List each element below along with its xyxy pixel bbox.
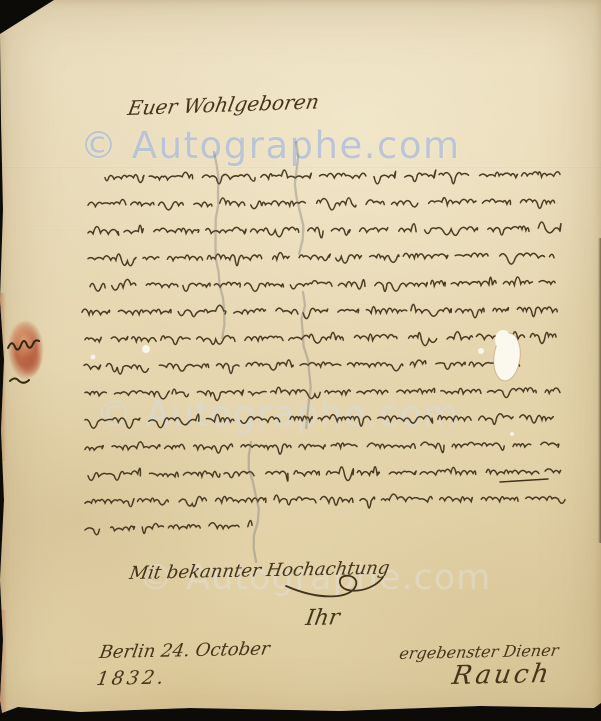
underline-stroke xyxy=(500,479,548,482)
pronoun-ihr: Ihr xyxy=(304,605,341,631)
pencil-squiggle xyxy=(302,292,311,428)
paper-crease xyxy=(0,166,601,168)
wax-seal-remnant xyxy=(8,320,44,380)
closing-line: Mit bekannter Hochachtung xyxy=(128,558,391,584)
handwriting-line xyxy=(88,467,561,481)
handwriting-line xyxy=(88,222,561,238)
pencil-squiggle xyxy=(295,142,304,254)
handwriting-line xyxy=(90,277,555,291)
pencil-squiggle xyxy=(214,152,224,338)
pencil-marks xyxy=(214,142,311,562)
handwriting-line xyxy=(85,387,560,400)
handwriting-body xyxy=(82,170,565,535)
paper-damage-spot xyxy=(91,330,523,436)
salutation: Euer Wohlgeboren xyxy=(126,89,321,120)
handwriting-line xyxy=(88,198,555,210)
watermark-middle: © Autographe.com xyxy=(96,394,459,435)
handwriting-line xyxy=(82,304,557,318)
pencil-squiggle xyxy=(249,442,259,562)
handwriting-line xyxy=(85,521,252,535)
deckle-edge-tint xyxy=(0,293,7,461)
letter-paper: © Autographe.com © Autographe.com © Auto… xyxy=(0,0,601,721)
place-date-line: Berlin 24. October xyxy=(98,638,271,663)
handwriting-line xyxy=(84,360,520,374)
signature-rauch: Rauch xyxy=(450,659,554,691)
scanned-letter-photo: © Autographe.com © Autographe.com © Auto… xyxy=(0,0,601,721)
paper-crease xyxy=(0,228,601,230)
handwriting-line xyxy=(85,414,553,429)
handwriting-line xyxy=(85,494,565,508)
handwriting-line xyxy=(85,332,556,346)
handwriting-line xyxy=(105,170,560,184)
handwriting-line xyxy=(88,253,554,266)
year-line: 1832. xyxy=(95,667,168,690)
deckle-edge-tint xyxy=(0,610,9,713)
handwriting-line xyxy=(85,442,559,454)
watermark-top: © Autographe.com xyxy=(80,124,461,167)
